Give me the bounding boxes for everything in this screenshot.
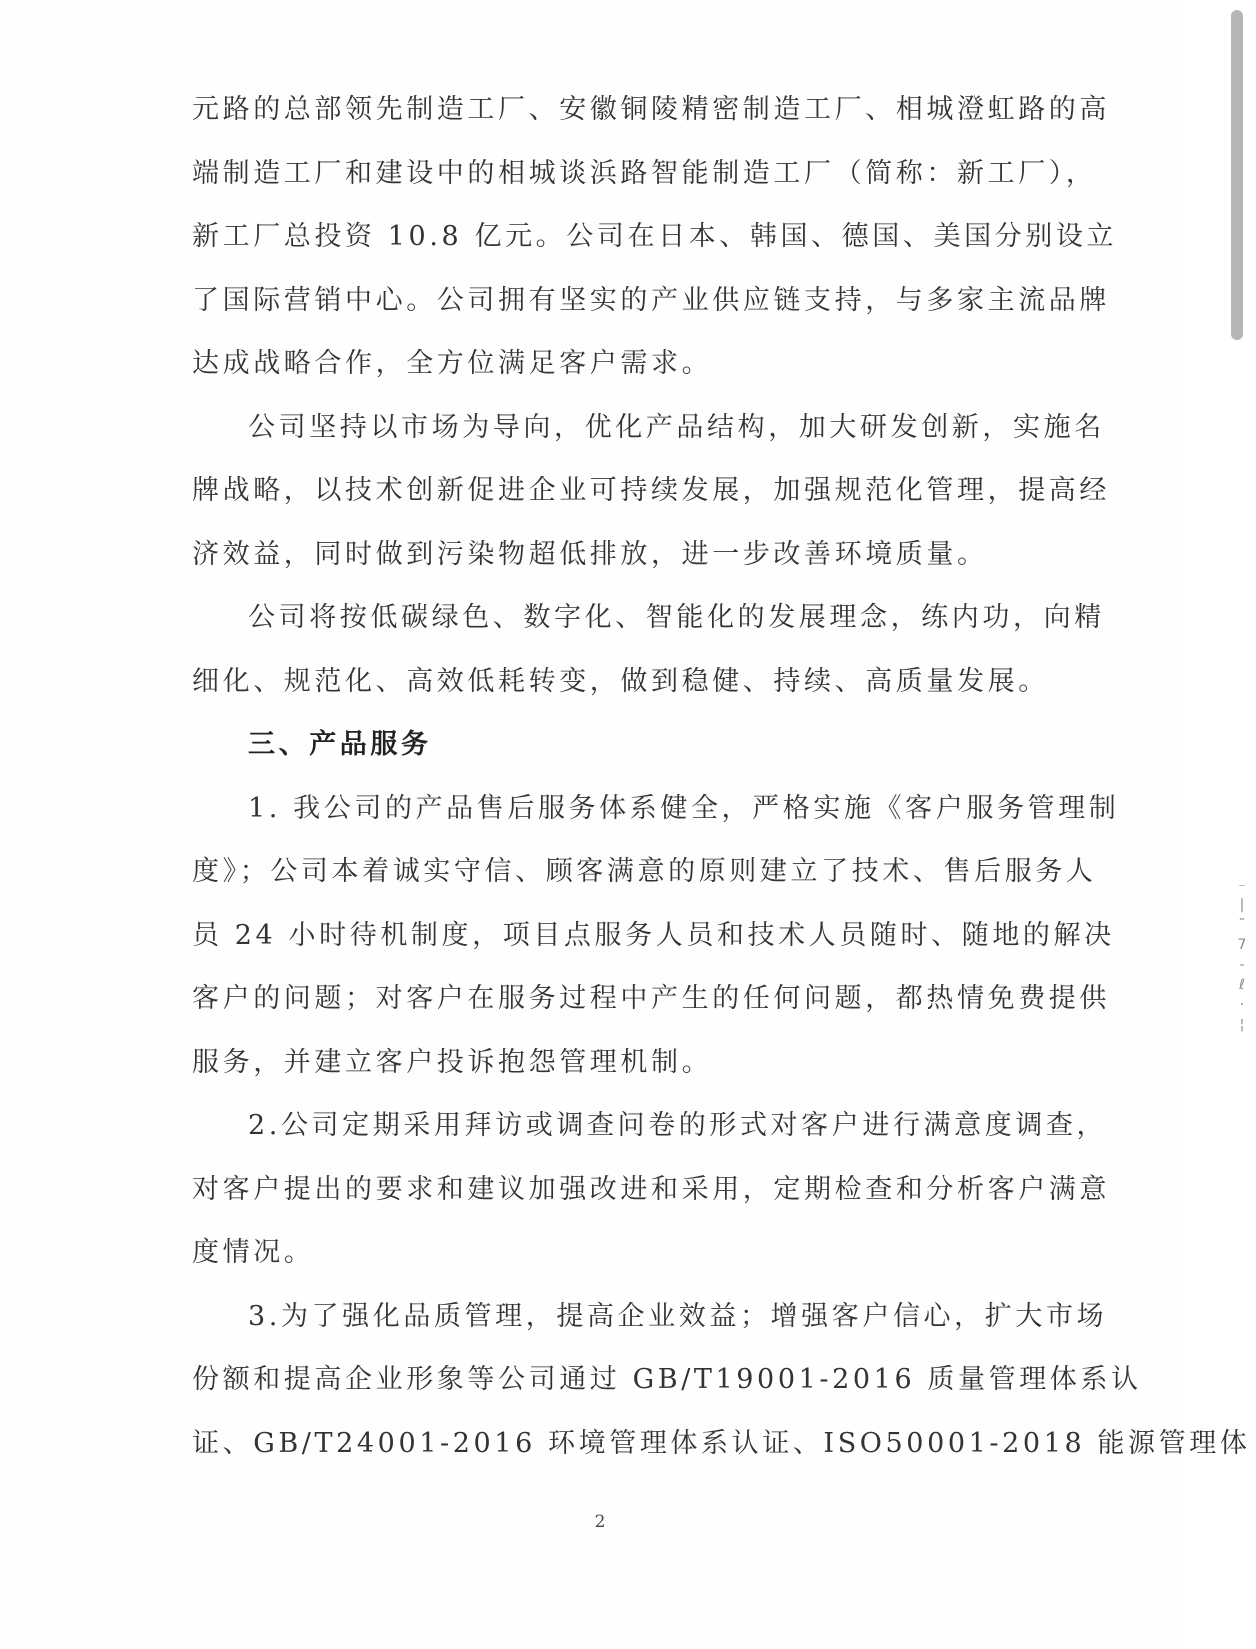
text-line: 元路的总部领先制造工厂、安徽铜陵精密制造工厂、相城澄虹路的高 [192,78,1020,142]
margin-mark: · [1235,995,1249,1015]
margin-mark: ﹣ [1235,875,1249,895]
text-line: 了国际营销中心。公司拥有坚实的产业供应链支持，与多家主流品牌 [192,269,1020,333]
paragraph-start-line: 公司坚持以市场为导向，优化产品结构，加大研发创新，实施名 [192,396,1020,460]
text-line: 客户的问题；对客户在服务过程中产生的任何问题，都热情免费提供 [192,967,1020,1031]
text-line: 细化、规范化、高效低耗转变，做到稳健、持续、高质量发展。 [192,650,1020,714]
text-line: 份额和提高企业形象等公司通过 GB/T19001-2016 质量管理体系认 [192,1348,1020,1412]
document-page: 元路的总部领先制造工厂、安徽铜陵精密制造工厂、相城澄虹路的高 端制造工厂和建设中… [0,0,1180,1649]
list-item-3-start: 3.为了强化品质管理，提高企业效益；增强客户信心，扩大市场 [192,1285,1020,1349]
scan-margin-marks: ﹣ | ˜ 7 - ℓ · ¦ [1235,875,1249,1035]
paragraph-start-line: 公司将按低碳绿色、数字化、智能化的发展理念，练内功，向精 [192,586,1020,650]
text-line: 达成战略合作，全方位满足客户需求。 [192,332,1020,396]
list-item-1-start: 1. 我公司的产品售后服务体系健全，严格实施《客户服务管理制 [192,777,1020,841]
text-line: 度情况。 [192,1221,1020,1285]
text-line: 新工厂总投资 10.8 亿元。公司在日本、韩国、德国、美国分别设立 [192,205,1020,269]
section-heading: 三、产品服务 [192,713,1020,777]
text-line: 对客户提出的要求和建议加强改进和采用，定期检查和分析客户满意 [192,1158,1020,1222]
margin-mark: ¦ [1235,1015,1249,1035]
margin-mark: 7 [1235,935,1249,955]
margin-mark: | [1235,895,1249,915]
margin-mark: ˜ [1235,915,1249,935]
document-body: 元路的总部领先制造工厂、安徽铜陵精密制造工厂、相城澄虹路的高 端制造工厂和建设中… [192,78,1020,1475]
text-line: 证、GB/T24001-2016 环境管理体系认证、ISO50001-2018 … [192,1412,1020,1476]
text-line: 度》；公司本着诚实守信、顾客满意的原则建立了技术、售后服务人 [192,840,1020,904]
margin-mark: - [1235,955,1249,975]
text-line: 员 24 小时待机制度，项目点服务人员和技术人员随时、随地的解决 [192,904,1020,968]
vertical-scrollbar-thumb[interactable] [1231,10,1243,340]
margin-mark: ℓ [1235,975,1249,995]
text-line: 济效益，同时做到污染物超低排放，进一步改善环境质量。 [192,523,1020,587]
list-item-2-start: 2.公司定期采用拜访或调查问卷的形式对客户进行满意度调查， [192,1094,1020,1158]
page-number: 2 [0,1512,1200,1532]
text-line: 服务，并建立客户投诉抱怨管理机制。 [192,1031,1020,1095]
text-line: 端制造工厂和建设中的相城谈浜路智能制造工厂（简称：新工厂）， [192,142,1020,206]
text-line: 牌战略，以技术创新促进企业可持续发展，加强规范化管理，提高经 [192,459,1020,523]
